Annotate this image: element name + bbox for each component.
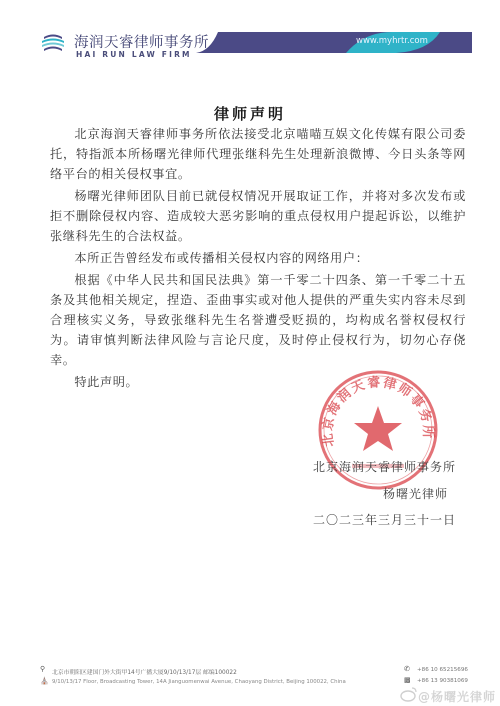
fax-icon: ▩ (404, 676, 411, 684)
firm-name-cn: 海润天睿律师事务所 (74, 31, 209, 52)
header-banner (196, 32, 472, 53)
paragraph-evidence: 杨曙光律师团队目前已就侵权情况开展取证工作，并将对多次发布或拒不删除侵权内容、造… (50, 186, 466, 246)
building-icon: ⛪ (40, 677, 49, 685)
firm-logo-icon (40, 29, 66, 55)
phone-icon: ✆ (404, 665, 410, 673)
weibo-icon (400, 686, 418, 702)
signature-date: 二〇二三年三月三十一日 (313, 511, 456, 528)
signature-lawyer: 杨曙光律师 (383, 485, 448, 502)
signature-firm: 北京海润天睿律师事务所 (313, 458, 456, 475)
footer-address-cn: 北京市朝阳区建国门外大街甲14号广播大厦9/10/13/17层 邮编100022 (52, 667, 237, 676)
footer-fax: +86 13 90381069 (417, 678, 468, 684)
firm-name-en: HAI RUN LAW FIRM (76, 50, 192, 59)
footer-phone: +86 10 65215696 (417, 667, 468, 673)
location-pin-icon: ⚲ (40, 665, 45, 673)
document-title: 律师声明 (0, 103, 500, 124)
paragraph-legal-basis: 根据《中华人民共和国民法典》第一千零二十四条、第一千零二十五条及其他相关规定，捏… (50, 270, 466, 370)
paragraph-engagement: 北京海润天睿律师事务所依法接受北京喵喵互娱文化传媒有限公司委托，特指派本所杨曙光… (50, 124, 466, 184)
website-link[interactable]: www.myhrtr.com (356, 36, 428, 46)
statement-body: 北京海润天睿律师事务所依法接受北京喵喵互娱文化传媒有限公司委托，特指派本所杨曙光… (50, 124, 466, 394)
letterhead: 海润天睿律师事务所 HAI RUN LAW FIRM www.myhrtr.co… (0, 0, 500, 80)
weibo-watermark: @杨曙光律师 (418, 688, 496, 705)
paragraph-warning: 本所正告曾经发布或传播相关侵权内容的网络用户： (50, 248, 466, 268)
footer-address-en: 9/10/13/17 Floor, Broadcasting Tower, 14… (52, 679, 346, 685)
